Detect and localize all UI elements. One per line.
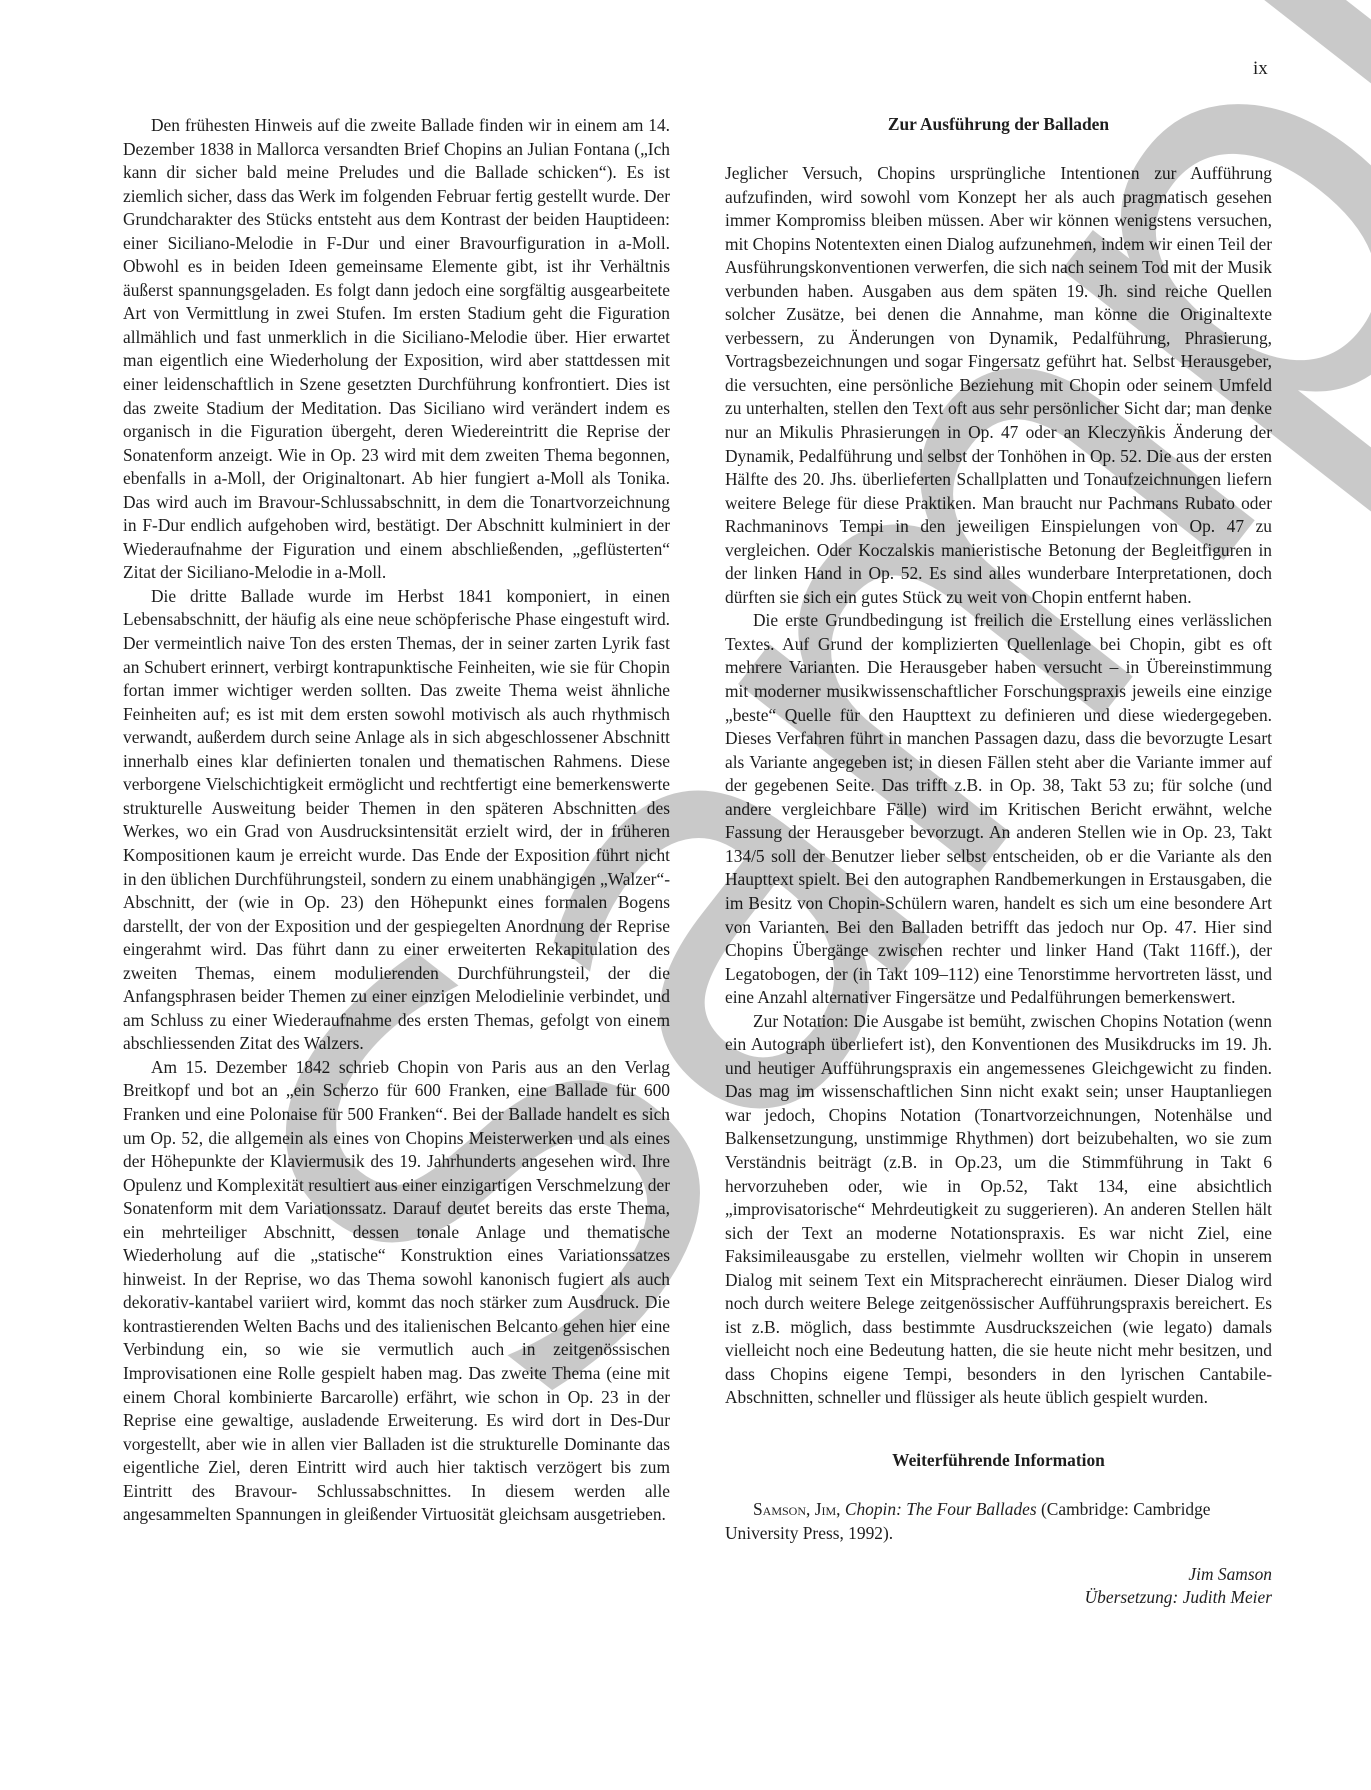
paragraph-ballade-3: Die dritte Ballade wurde im Herbst 1841 … bbox=[123, 585, 670, 1056]
bibliography-entry: Samson, Jim, Chopin: The Four Ballades (… bbox=[725, 1498, 1272, 1545]
paragraph-ballade-4: Am 15. Dezember 1842 schrieb Chopin von … bbox=[123, 1056, 670, 1527]
left-column: Den frühesten Hinweis auf die zweite Bal… bbox=[123, 114, 670, 1527]
signature-author: Jim Samson bbox=[725, 1563, 1272, 1586]
paragraph-notation: Zur Notation: Die Ausgabe ist bemüht, zw… bbox=[725, 1010, 1272, 1410]
section-heading-further-info: Weiterführende Information bbox=[725, 1448, 1272, 1472]
page-number: ix bbox=[1253, 57, 1268, 81]
paragraph-ballade-2: Den frühesten Hinweis auf die zweite Bal… bbox=[123, 114, 670, 585]
reference-author: Samson, Jim bbox=[753, 1499, 836, 1519]
signature-translator: Übersetzung: Judith Meier bbox=[725, 1586, 1272, 1609]
reference-title: Chopin: The Four Ballades bbox=[845, 1499, 1037, 1519]
paragraph-text-sources: Die erste Grundbedingung ist freilich di… bbox=[725, 609, 1272, 1009]
paragraph-performance-intro: Jeglicher Versuch, Chopins ursprüngliche… bbox=[725, 162, 1272, 609]
right-column: Zur Ausführung der Balladen Jeglicher Ve… bbox=[725, 112, 1272, 1609]
reference-separator: , bbox=[836, 1499, 845, 1519]
section-heading-performance: Zur Ausführung der Balladen bbox=[725, 112, 1272, 136]
